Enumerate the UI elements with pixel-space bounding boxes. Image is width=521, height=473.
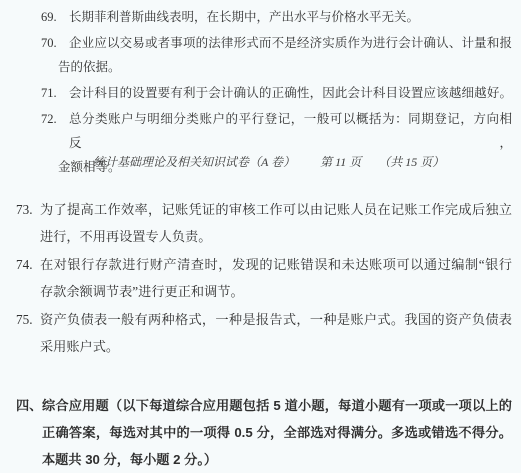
question-line: 长期菲利普斯曲线表明，在长期中，产出水平与价格水平无关。 <box>0 5 512 29</box>
question-line: 进行，不用再设置专人负责。 <box>0 223 512 250</box>
total-pages: （共 15 页） <box>378 155 444 169</box>
section-heading: 四、 综合应用题（以下每道综合应用题包括 5 道小题，每道小题有一项或一项以上的… <box>0 392 512 473</box>
exam-page: 69. 长期菲利普斯曲线表明，在长期中，产出水平与价格水平无关。 70. 企业应… <box>0 0 521 473</box>
question-line: 采用账户式。 <box>0 333 512 360</box>
question-block-bottom: 73. 为了提高工作效率，记账凭证的审核工作可以由记账人员在记账工作完成后独立 … <box>0 196 512 361</box>
question-line: 总分类账户与明细分类账户的平行登记，一般可以概括为：同期登记，方向相反， <box>0 107 512 155</box>
question-item-74: 74. 在对银行存款进行财产清查时，发现的记账错误和未达账项可以通过编制“银行 … <box>0 251 512 305</box>
question-item-73: 73. 为了提高工作效率，记账凭证的审核工作可以由记账人员在记账工作完成后独立 … <box>0 196 512 250</box>
page-number: 第 11 页 <box>320 155 361 169</box>
question-number: 73. <box>16 196 32 223</box>
section-line: 正确答案，每选对其中的一项得 0.5 分，全部选对得满分。多选或错选不得分。 <box>0 419 512 446</box>
question-number: 69. <box>41 5 57 29</box>
exam-title: 统计基础理论及相关知识试卷（A 卷） <box>93 155 295 169</box>
question-item-71: 71. 会计科目的设置要有利于会计确认的正确性，因此会计科目设置应该越细越好。 <box>0 81 512 105</box>
question-line: 资产负债表一般有两种格式，一种是报告式，一种是账户式。我国的资产负债表 <box>0 306 512 333</box>
question-number: 72. <box>41 107 57 131</box>
question-line: 会计科目的设置要有利于会计确认的正确性，因此会计科目设置应该越细越好。 <box>0 81 512 105</box>
section-line: 综合应用题（以下每道综合应用题包括 5 道小题，每道小题有一项或一项以上的 <box>0 392 512 419</box>
question-line: 存款余额调节表”进行更正和调节。 <box>0 278 512 305</box>
question-number: 70. <box>41 31 57 55</box>
question-number: 71. <box>41 81 57 105</box>
question-number: 75. <box>16 306 32 333</box>
question-line: 告的依据。 <box>0 55 512 79</box>
question-line: 在对银行存款进行财产清查时，发现的记账错误和未达账项可以通过编制“银行 <box>0 251 512 278</box>
section-marker: 四、 <box>16 392 42 419</box>
question-line: 为了提高工作效率，记账凭证的审核工作可以由记账人员在记账工作完成后独立 <box>0 196 512 223</box>
page-footer: 统计基础理论及相关知识试卷（A 卷） 第 11 页 （共 15 页） <box>93 152 444 172</box>
section-line: 本题共 30 分，每小题 2 分。） <box>0 446 512 473</box>
question-item-75: 75. 资产负债表一般有两种格式，一种是报告式，一种是账户式。我国的资产负债表 … <box>0 306 512 360</box>
question-item-70: 70. 企业应以交易或者事项的法律形式而不是经济实质作为进行会计确认、计量和报 … <box>0 31 512 79</box>
question-item-69: 69. 长期菲利普斯曲线表明，在长期中，产出水平与价格水平无关。 <box>0 5 512 29</box>
question-line: 企业应以交易或者事项的法律形式而不是经济实质作为进行会计确认、计量和报 <box>0 31 512 55</box>
question-number: 74. <box>16 251 32 278</box>
